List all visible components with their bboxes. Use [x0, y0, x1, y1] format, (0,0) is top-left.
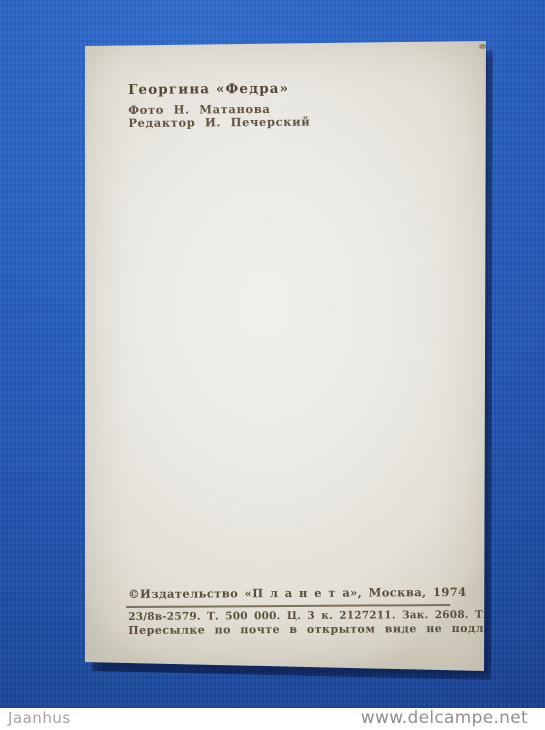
postcard-imprint: ©Издательство «П л а н е т а», Москва, 1…	[126, 585, 458, 637]
publisher-line: ©Издательство «П л а н е т а», Москва, 1…	[128, 585, 458, 601]
paper-speck	[479, 44, 486, 49]
postcard-credits: Георгина «Федра» Фото Н. Матанова Редакт…	[128, 81, 310, 130]
site-watermark: www.delcampe.net	[361, 708, 528, 728]
postcard-title: Георгина «Федра»	[128, 81, 310, 98]
postcard-back: Георгина «Федра» Фото Н. Матанова Редакт…	[84, 40, 487, 672]
watermark-strip: Jaanhus www.delcampe.net	[0, 708, 545, 730]
editor-credit: Редактор И. Печерский	[128, 116, 310, 130]
photo-background: Георгина «Федра» Фото Н. Матанова Редакт…	[0, 0, 545, 730]
imprint-divider	[126, 604, 450, 608]
seller-watermark: Jaanhus	[8, 709, 71, 727]
postal-notice: Пересылке по почте в открытом виде не по…	[128, 621, 458, 636]
